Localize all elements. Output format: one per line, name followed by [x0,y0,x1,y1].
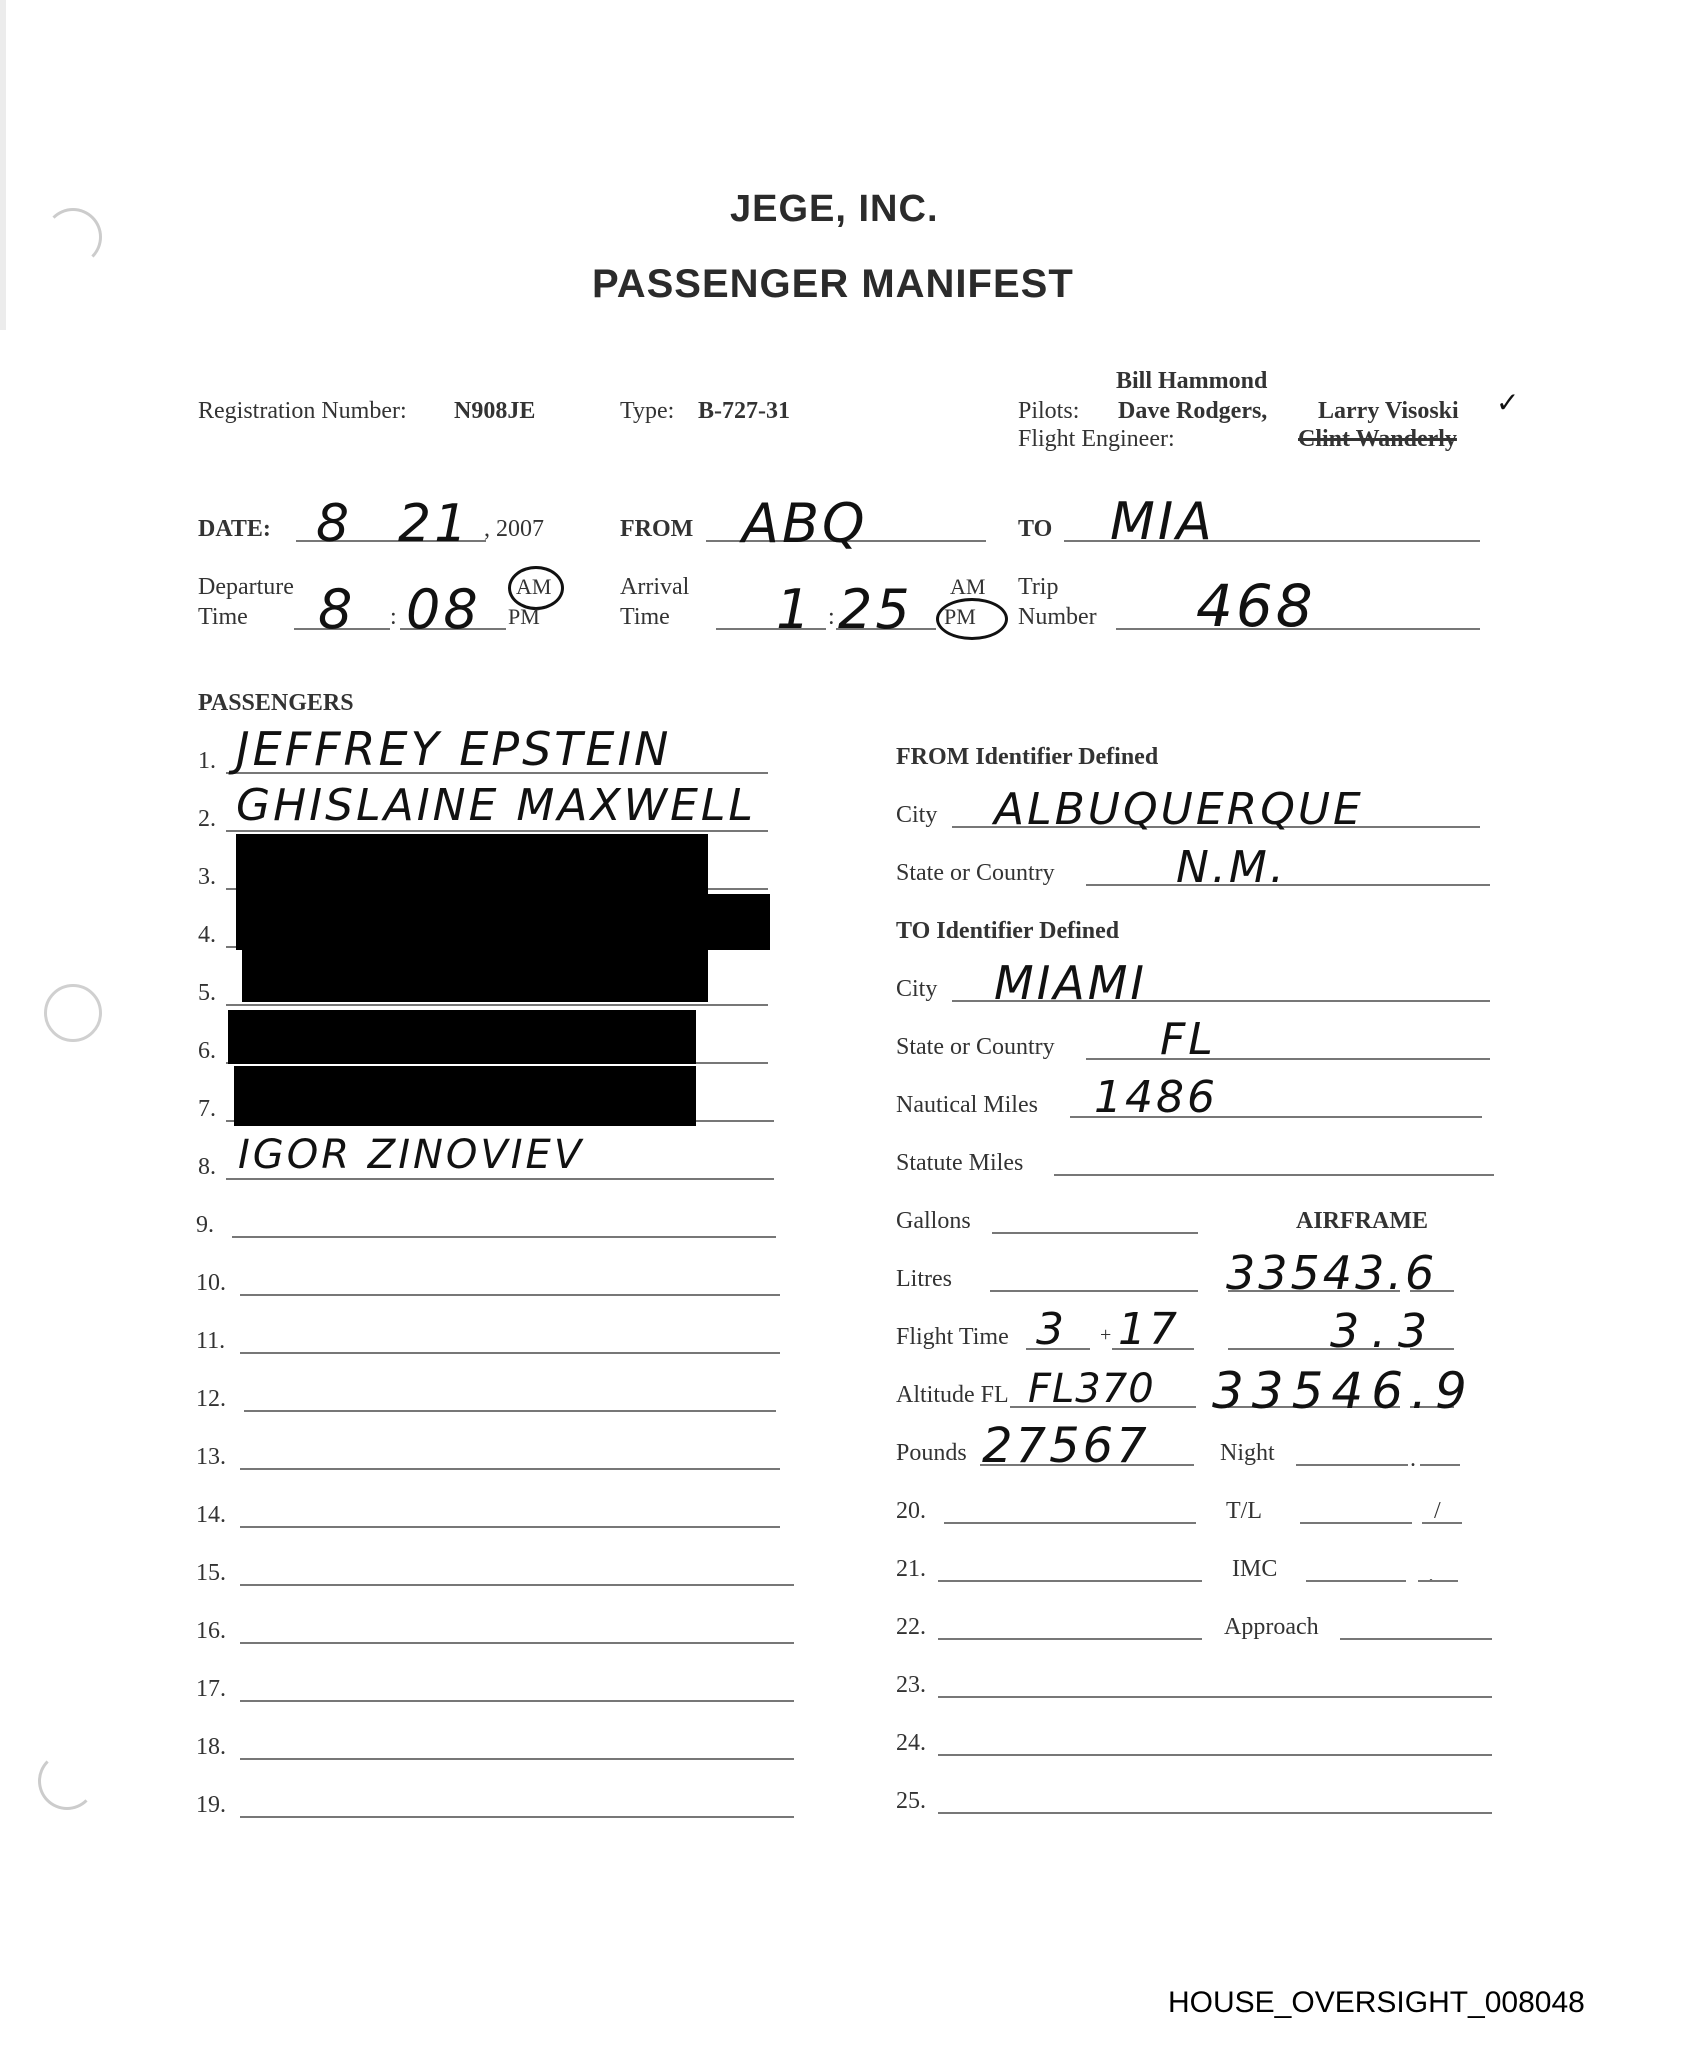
binder-hole-middle [44,984,102,1042]
passenger-line [244,1410,776,1412]
date-month: 8 [316,494,352,554]
from-city-value: ALBUQUERQUE [994,784,1364,835]
imc-label: IMC [1232,1556,1277,1583]
arrival-am: AM [950,574,985,600]
passenger-num: 16. [196,1618,226,1645]
flight-time-label: Flight Time [896,1324,1009,1351]
passenger-line [240,1816,794,1818]
tl-dec-line [1422,1522,1462,1524]
passenger-line [240,1758,794,1760]
passenger-name: GHISLAINE MAXWELL [236,780,756,831]
passenger-num: 15. [196,1560,226,1587]
pilot-2: Larry Visoski [1318,398,1459,425]
passenger-num: 6. [198,1038,216,1065]
bates-number: HOUSE_OVERSIGHT_008048 [1168,1986,1585,2020]
date-year: , 2007 [484,516,544,543]
passenger-line [240,1642,794,1644]
tl-line [1300,1522,1412,1524]
redaction-block [234,1066,696,1126]
departure-label-1: Departure [198,574,294,601]
passenger-line [240,1700,794,1702]
passenger-num: 3. [198,864,216,891]
night-label: Night [1220,1440,1275,1467]
passenger-num: 1. [198,748,216,775]
to-state-line [1086,1058,1490,1060]
airframe-added-value: 3.3 [1330,1304,1439,1358]
from-identifier-heading: FROM Identifier Defined [896,744,1158,771]
trip-number-label-1: Trip [1018,574,1058,601]
to-city-value: MIAMI [994,956,1147,1010]
passenger-line [240,1468,780,1470]
to-city-label: City [896,976,937,1003]
night-sep: . [1410,1446,1416,1473]
arrival-colon: : [828,604,835,631]
departure-hour: 8 [318,578,355,641]
to-state-value: FL [1160,1014,1216,1065]
from-state-label: State or Country [896,860,1055,887]
passenger-line [240,1294,780,1296]
passenger-num: 20. [896,1498,926,1525]
passenger-line [226,1004,768,1006]
passenger-line [240,1584,794,1586]
arrival-label-2: Time [620,604,670,631]
pounds-value: 27567 [982,1418,1150,1474]
imc-sep: . [1428,1562,1434,1589]
date-label: DATE: [198,516,271,543]
passenger-name: IGOR ZINOVIEV [238,1132,584,1178]
to-identifier-heading: TO Identifier Defined [896,918,1119,945]
passenger-num: 18. [196,1734,226,1761]
to-label: TO [1018,516,1052,543]
pilot-top: Bill Hammond [1116,368,1267,395]
departure-label-2: Time [198,604,248,631]
flight-time-hours: 3 [1036,1304,1067,1355]
airframe-heading: AIRFRAME [1296,1208,1428,1235]
statute-miles-line [1054,1174,1494,1176]
passenger-num: 25. [896,1788,926,1815]
departure-minute: 08 [406,578,481,641]
checkmark-icon: ✓ [1496,386,1522,419]
scan-edge [0,0,6,330]
redaction-block [242,948,708,1002]
passenger-num: 10. [196,1270,226,1297]
trip-number-label-2: Number [1018,604,1097,631]
arrival-label-1: Arrival [620,574,689,601]
airframe-total-value: 33546.9 [1212,1362,1475,1420]
litres-label: Litres [896,1266,952,1293]
arrival-hour: 1 [776,578,813,641]
passenger-num: 8. [198,1154,216,1181]
passenger-num: 11. [196,1328,225,1355]
type-label: Type: [620,398,674,425]
passenger-line [944,1522,1196,1524]
passenger-line [226,1178,774,1180]
approach-label: Approach [1224,1614,1319,1641]
redaction-block [236,894,770,950]
passenger-line [938,1812,1492,1814]
night-line [1296,1464,1408,1466]
passenger-num: 21. [896,1556,926,1583]
pilots-label: Pilots: [1018,398,1079,425]
redaction-block [228,1010,696,1064]
binder-hole-bottom [38,1752,96,1810]
passenger-line [938,1580,1202,1582]
altitude-label: Altitude FL [896,1382,1009,1409]
departure-colon: : [390,604,397,631]
airframe-start-value: 33543.6 [1226,1246,1437,1300]
passenger-name: JEFFREY EPSTEIN [236,722,671,776]
night-dec-line [1420,1464,1460,1466]
passenger-line [240,1352,780,1354]
from-value: ABQ [742,492,868,555]
flight-time-minutes: 17 [1118,1304,1180,1355]
passenger-num: 13. [196,1444,226,1471]
to-state-label: State or Country [896,1034,1055,1061]
passenger-num: 17. [196,1676,226,1703]
passenger-line [938,1638,1202,1640]
registration-value: N908JE [454,398,535,425]
passenger-line [232,1236,776,1238]
arrival-pm-circle [936,598,1008,640]
passenger-num: 24. [896,1730,926,1757]
litres-line [990,1290,1198,1292]
flight-engineer-label: Flight Engineer: [1018,426,1175,453]
passenger-num: 12. [196,1386,226,1413]
tl-sep: / [1434,1498,1441,1525]
binder-hole-top [44,208,102,266]
registration-label: Registration Number: [198,398,407,425]
passenger-line [240,1526,780,1528]
passenger-num: 7. [198,1096,216,1123]
redaction-block [236,834,708,896]
tl-label: T/L [1226,1498,1262,1525]
nautical-miles-label: Nautical Miles [896,1092,1038,1119]
passengers-heading: PASSENGERS [198,690,354,717]
passenger-line [938,1754,1492,1756]
nautical-miles-value: 1486 [1094,1072,1218,1123]
altitude-value: FL370 [1028,1366,1155,1412]
date-day: 21 [398,494,470,554]
passenger-num: 2. [198,806,216,833]
page-title: PASSENGER MANIFEST [592,262,1074,307]
arrival-minute: 25 [838,578,913,641]
from-label: FROM [620,516,693,543]
departure-pm: PM [508,604,540,630]
pounds-label: Pounds [896,1440,967,1467]
from-state-value: N.M. [1176,842,1287,893]
imc-dec-line [1418,1580,1458,1582]
pilot-1: Dave Rodgers, [1118,398,1267,425]
passenger-num: 4. [198,922,216,949]
statute-miles-label: Statute Miles [896,1150,1023,1177]
company-name: JEGE, INC. [730,188,939,231]
gallons-line [992,1232,1198,1234]
flight-time-plus: + [1100,1324,1111,1347]
trip-number-value: 468 [1196,572,1316,640]
imc-line [1306,1580,1406,1582]
passenger-line [938,1696,1492,1698]
passenger-num: 5. [198,980,216,1007]
passenger-num: 22. [896,1614,926,1641]
passenger-num: 19. [196,1792,226,1819]
approach-line [1340,1638,1492,1640]
from-state-line [1086,884,1490,886]
flight-engineer-value: Clint Wanderly [1298,426,1457,453]
type-value: B-727-31 [698,398,790,425]
passenger-num: 23. [896,1672,926,1699]
passenger-num: 9. [196,1212,214,1239]
to-value: MIA [1110,492,1215,552]
from-city-label: City [896,802,937,829]
passenger-num: 14. [196,1502,226,1529]
gallons-label: Gallons [896,1208,971,1235]
